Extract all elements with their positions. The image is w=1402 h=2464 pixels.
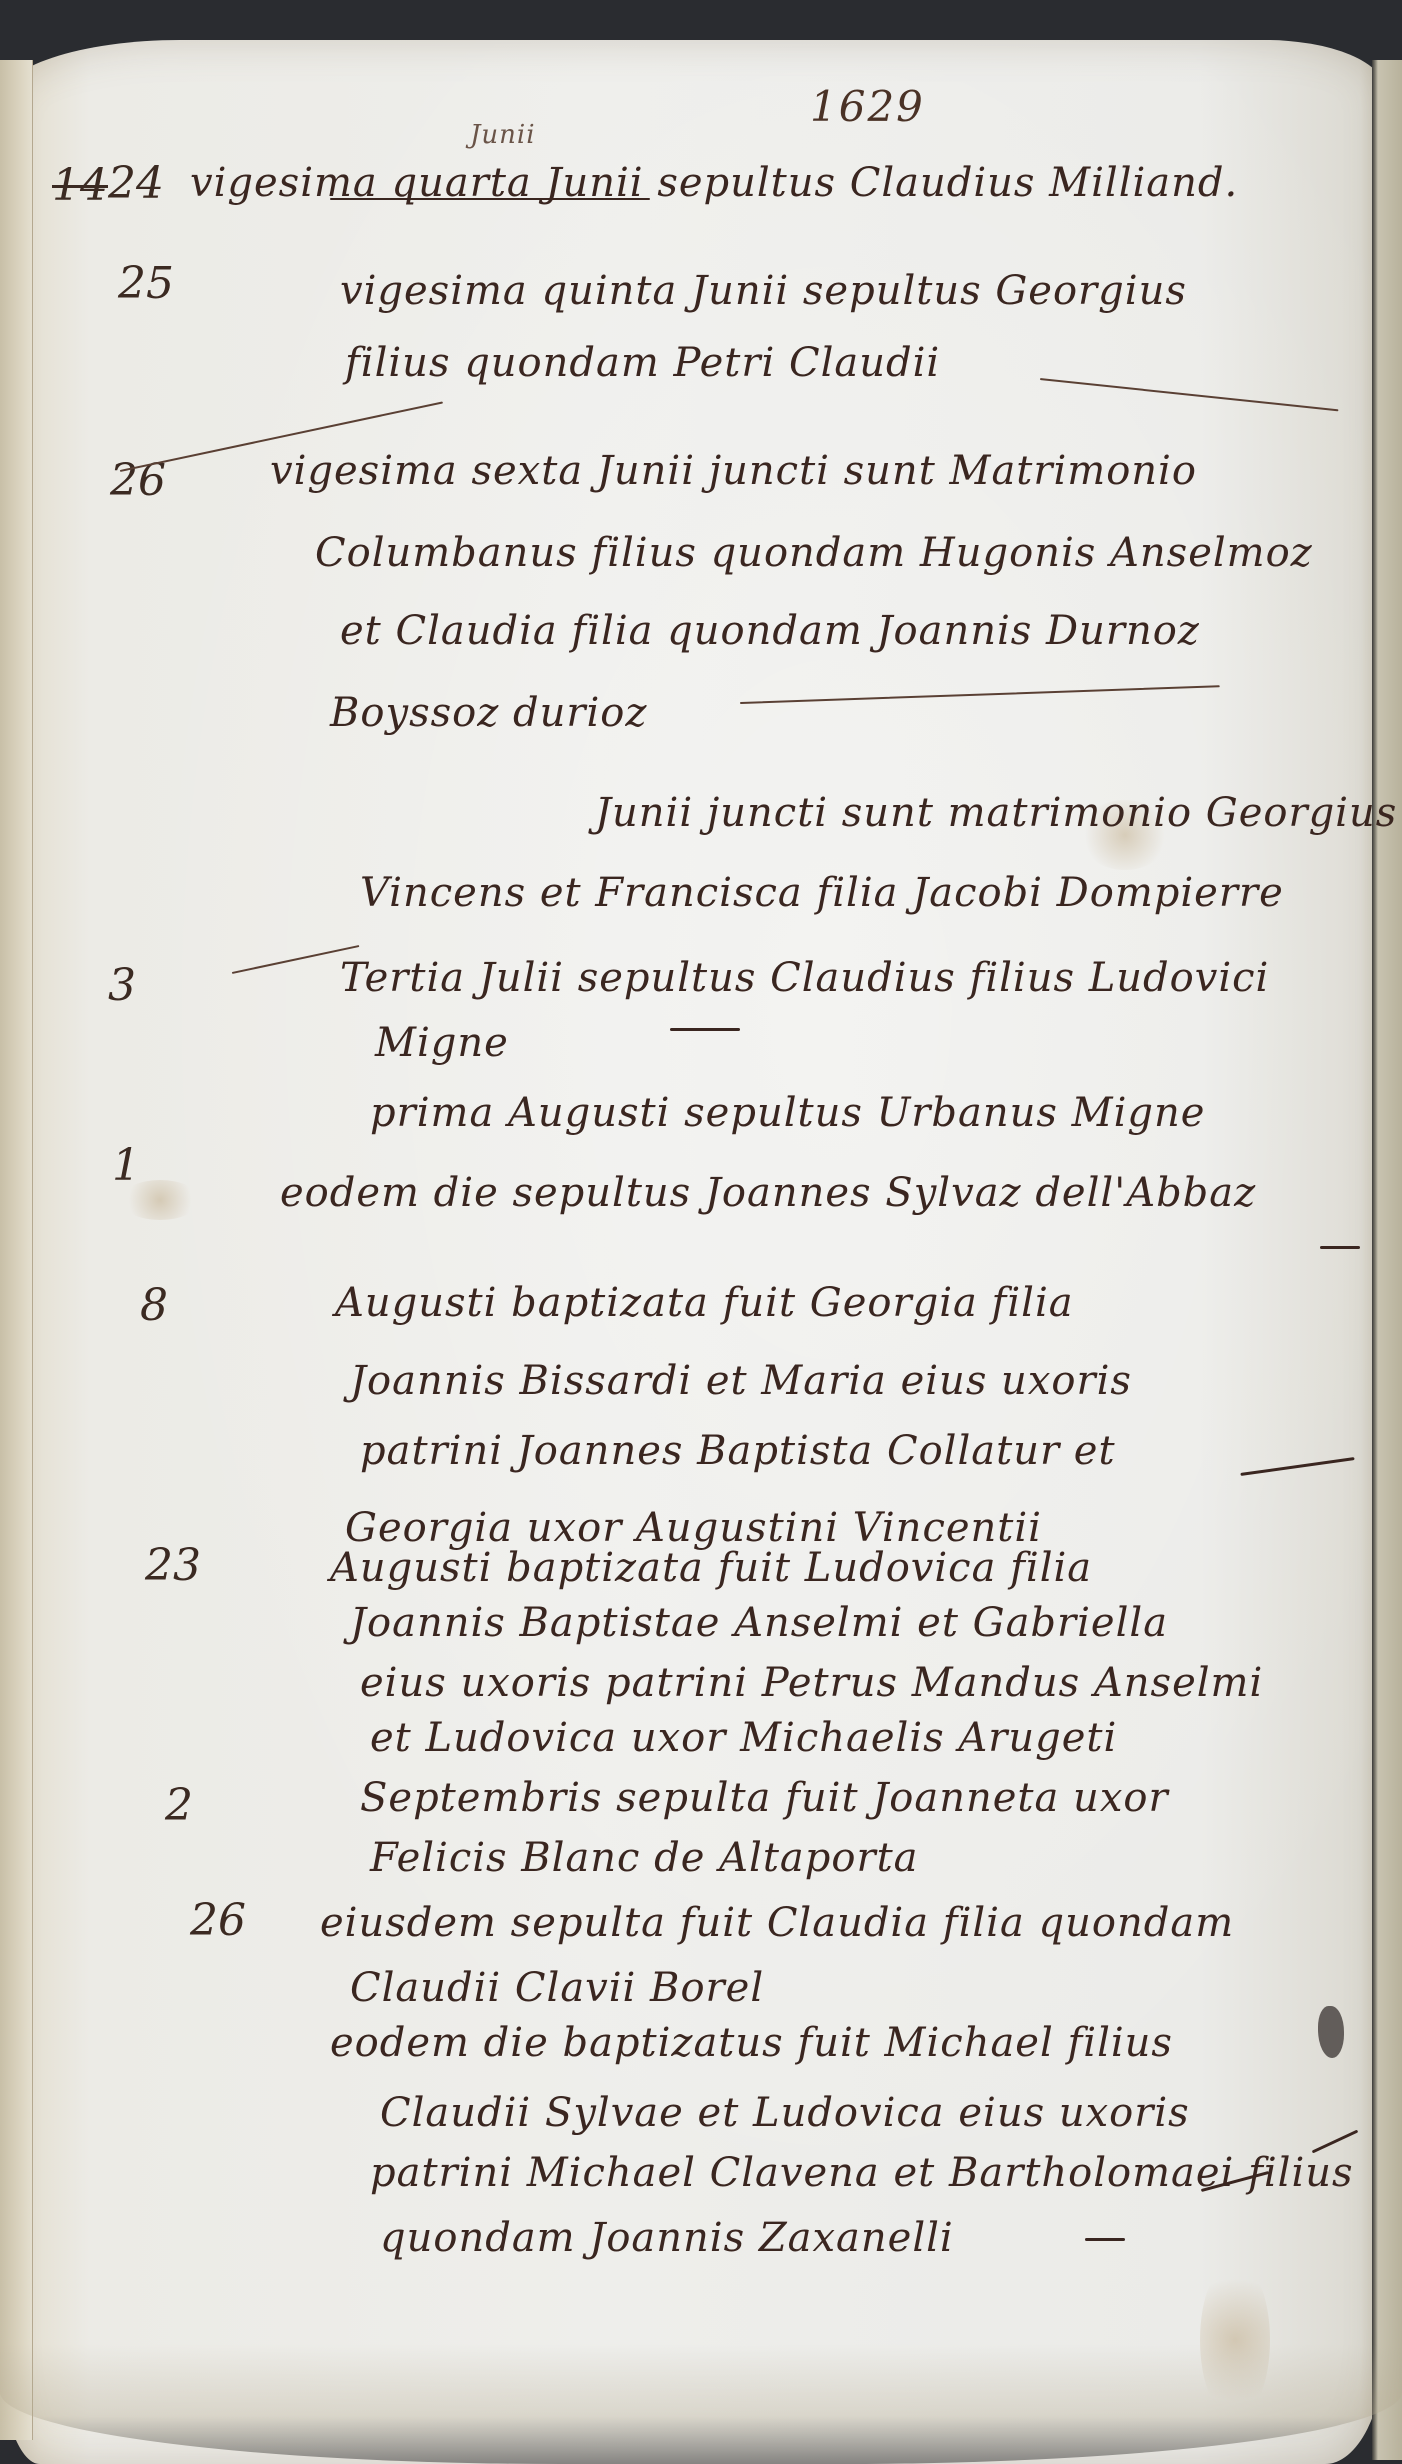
margin-date: 26 (190, 1895, 246, 1946)
entry-line: eodem die baptizatus fuit Michael filius (330, 2020, 1173, 2066)
entry-line: et Ludovica uxor Michaelis Arugeti (370, 1715, 1117, 1761)
ink-blot (1318, 2006, 1344, 2058)
entry-line: filius quondam Petri Claudii (345, 340, 940, 386)
entry-line: Junii juncti sunt matrimonio Georgius (595, 790, 1397, 836)
binding-gutter (0, 60, 33, 2440)
interlinear-insertion: Junii (470, 120, 536, 150)
entry-line: eiusdem sepulta fuit Claudia filia quond… (320, 1900, 1234, 1946)
margin-date: 3 (108, 960, 136, 1011)
entry-line: Migne (375, 1020, 509, 1066)
entry-line: prima Augusti sepultus Urbanus Migne (370, 1090, 1205, 1136)
margin-date-struck: 14 (52, 160, 108, 211)
margin-date: 24 (108, 158, 164, 209)
line-end-dash (1085, 2238, 1125, 2241)
entry-line: et Claudia filia quondam Joannis Durnoz (340, 608, 1200, 654)
entry-line: Columbanus filius quondam Hugonis Anselm… (315, 530, 1313, 576)
entry-line: patrini Joannes Baptista Collatur et (360, 1428, 1116, 1474)
entry-line: Boyssoz durioz (330, 690, 647, 736)
entry-line: Joannis Bissardi et Maria eius uxoris (350, 1358, 1132, 1404)
entry-line: Septembris sepulta fuit Joanneta uxor (360, 1775, 1169, 1821)
margin-date: 2 (165, 1780, 193, 1831)
line-end-dash (670, 1028, 740, 1031)
margin-date: 1 (112, 1140, 140, 1191)
entry-line: Vincens et Francisca filia Jacobi Dompie… (360, 870, 1284, 916)
line-end-dash (1320, 1246, 1360, 1249)
entry-line: Joannis Baptistae Anselmi et Gabriella (350, 1600, 1168, 1646)
margin-date: 8 (140, 1280, 168, 1331)
entry-line: Claudii Clavii Borel (350, 1965, 764, 2011)
margin-date: 25 (118, 258, 174, 309)
entry-line: vigesima quinta Junii sepultus Georgius (340, 268, 1187, 314)
entry-line: Tertia Julii sepultus Claudius filius Lu… (340, 955, 1269, 1001)
year-heading: 1629 (810, 82, 925, 131)
entry-line: Augusti baptizata fuit Ludovica filia (330, 1545, 1092, 1591)
entry-line: Claudii Sylvae et Ludovica eius uxoris (380, 2090, 1190, 2136)
entry-line: eodem die sepultus Joannes Sylvaz dell'A… (280, 1170, 1256, 1216)
strikethrough (330, 198, 650, 200)
page-edge-right (1372, 60, 1402, 2460)
entry-line: Augusti baptizata fuit Georgia filia (335, 1280, 1074, 1326)
entry-line: vigesima sexta Junii juncti sunt Matrimo… (270, 448, 1197, 494)
margin-date: 23 (145, 1540, 201, 1591)
entry-line: quondam Joannis Zaxanelli (380, 2215, 954, 2261)
entry-line: Felicis Blanc de Altaporta (370, 1835, 919, 1881)
entry-line: eius uxoris patrini Petrus Mandus Anselm… (360, 1660, 1263, 1706)
worn-bottom-edge (0, 2344, 1402, 2464)
